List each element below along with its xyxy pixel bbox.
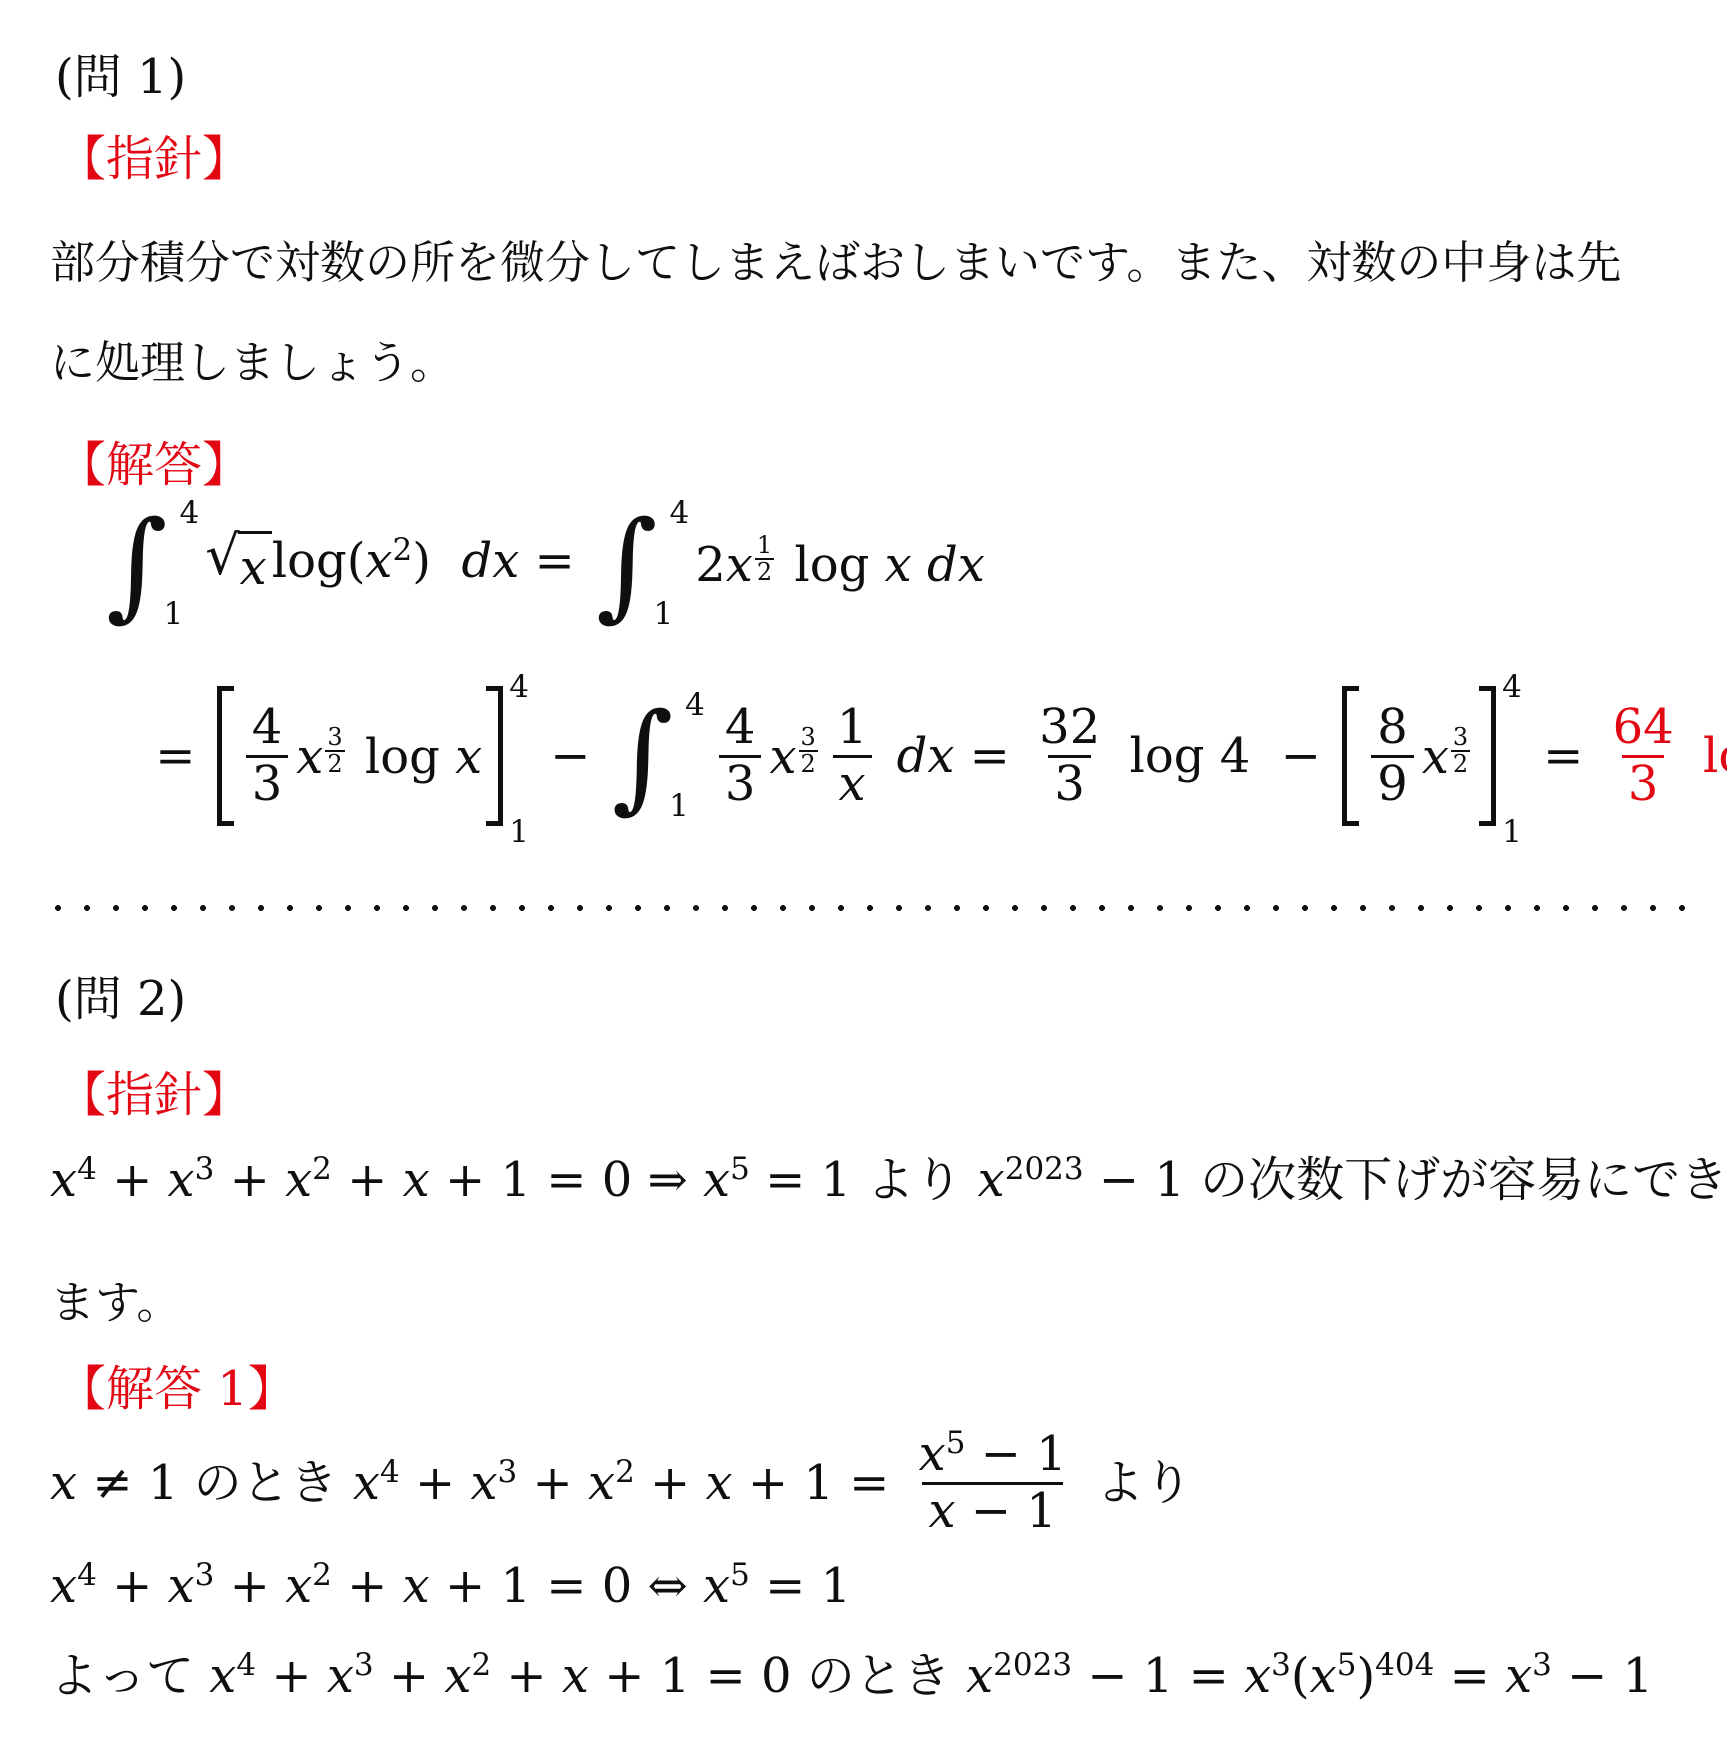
math-token: = [531,1152,602,1208]
problem1-guideline-line1: 部分積分で対数の所を微分してしまえばおしまいです。また、対数の中身は先 [50,226,1621,291]
math-token: − [1266,728,1337,784]
math-var: x [353,1455,380,1511]
math-token: + [733,1455,804,1511]
math-var: x [588,1455,615,1511]
math-token: − [1072,1648,1143,1704]
math-var: x [562,1648,589,1704]
math-var: x [50,1455,77,1511]
math-var: x [50,1558,77,1614]
math-token: ⇒ [632,1152,703,1208]
fraction: 89 [1371,701,1414,812]
math-exponent: 2 [393,532,413,568]
fraction-denominator: 3 [246,755,289,812]
math-exponent: 2 [615,1454,635,1490]
fraction-numerator: 32 [1033,701,1106,755]
exponent-fraction: 12 [755,533,774,585]
math-token: ( [1291,1648,1310,1704]
math-exponent: 5 [946,1425,966,1461]
math-token: + [214,1152,285,1208]
fraction-denominator: 3 [1622,755,1665,812]
integral-limits: 41 [163,498,199,630]
equation-line-1: ∫41 √xlog(x2) dx = ∫41 2x12 log x dx [100,498,985,630]
math-exponent: 2 [312,1151,332,1187]
upper-limit: 4 [509,672,529,703]
math-exponent: 404 [1375,1647,1434,1683]
math-var: x [296,729,323,785]
math-var: x [365,533,392,589]
math-exponent: 3 [1271,1647,1291,1683]
math-token: = [1173,1648,1244,1704]
math-token: 1 [821,1152,852,1208]
right-bracket-icon [486,686,503,826]
problem2-answer-line2: x4 + x3 + x2 + x + 1 = 0 ⇔ x5 = 1 [50,1556,851,1616]
problem1-guideline-heading: 【指針】 [58,120,250,189]
math-token: 1 [1026,1483,1057,1539]
math-var: x [168,1558,195,1614]
upper-limit: 4 [179,498,199,529]
integral-sign-group: ∫41 [612,690,705,822]
fraction-numerator: 64 [1607,701,1680,755]
math-token: log [779,537,885,593]
math-exponent: 4 [77,1151,97,1187]
integral-limits: 41 [654,498,690,630]
fraction-numerator: 3 [1453,725,1468,750]
left-bracket-icon [1342,686,1359,826]
math-token: dx [446,533,519,589]
radical-icon: √ [205,531,239,581]
math-token: − [1084,1152,1155,1208]
exponent-fraction: 32 [325,725,344,777]
math-token: log [350,729,456,785]
fraction-numerator: 4 [246,701,289,755]
right-bracket-icon [1479,686,1496,826]
math-token: + [332,1558,403,1614]
jp-text: の次数下げが容易にでき [1185,1152,1727,1208]
math-exponent: 2023 [993,1647,1072,1683]
math-exponent: 5 [730,1151,750,1187]
equation-line-2: = 43x32 log x41 − ∫41 43 x32 1x dx = 323… [140,686,1727,826]
math-exponent: 4 [77,1557,97,1593]
math-token: + [517,1455,588,1511]
math-run: 2x12 log x dx [695,533,985,595]
result-run: log 2 − [1688,726,1727,786]
exponent-fraction: 32 [799,725,818,777]
math-run: x4 + x3 + x2 + x + 1 = 0 ⇒ x5 = 1 より x20… [50,1150,1727,1210]
math-token: 1 [803,1455,834,1511]
problem2-label: (問 2) [55,960,186,1029]
math-var: x [444,1648,471,1704]
problem2-answer-heading: 【解答 1】 [58,1350,296,1419]
math-token: − [956,1483,1027,1539]
math-var: x [769,729,796,785]
jp-text: のとき [792,1648,967,1704]
lower-limit: 1 [163,599,199,630]
fraction-numerator: 3 [801,725,816,750]
math-var: x [703,1558,730,1614]
math-var: x [928,1483,955,1539]
bracket-group: 43x32 log x41 [217,686,529,826]
bracket-limits: 41 [509,672,529,848]
math-token: 1 [660,1648,691,1704]
math-token: + [491,1648,562,1704]
math-token: ) [1356,1648,1375,1704]
math-token: = [1434,1648,1505,1704]
math-var: x [703,1152,730,1208]
fraction-numerator: x5 − 1 [913,1428,1073,1482]
math-exponent: 5 [1337,1647,1357,1683]
math-run: x32 log x [296,725,482,787]
fraction-denominator: 2 [799,750,818,777]
math-token: ⇔ [632,1558,703,1614]
math-token: 1 [821,1558,852,1614]
math-run: x4 + x3 + x2 + x + 1 = 0 ⇔ x5 = 1 [50,1556,851,1616]
integral-sign-group: ∫41 [106,498,199,630]
math-token: = [750,1152,821,1208]
math-var: x [455,729,482,785]
exponent-fraction: 32 [1451,725,1470,777]
math-exponent: 5 [730,1557,750,1593]
math-token: = [690,1648,761,1704]
integral-limits: 41 [669,690,705,822]
math-var: x [403,1152,430,1208]
math-token: = [954,728,1025,784]
math-var: x [885,537,912,593]
fraction-numerator: 1 [757,533,772,558]
math-token: dx [881,728,954,784]
math-exponent: 4 [380,1454,400,1490]
math-exponent: 2 [471,1647,491,1683]
radicand: x [238,531,272,598]
problem2-answer-line1: x ≠ 1 のとき x4 + x3 + x2 + x + 1 = x5 − 1x… [50,1428,1192,1539]
sqrt-group: √x [205,531,272,598]
math-token: 1 [500,1152,531,1208]
math-token: + [97,1558,168,1614]
problem1-label: (問 1) [55,38,186,107]
fraction-denominator: 2 [755,558,774,585]
math-exponent: 2 [312,1557,332,1593]
math-token: + [430,1152,501,1208]
bracket-content: 89x32 [1359,686,1479,826]
math-token: 0 [602,1558,633,1614]
math-token: ≠ [77,1455,148,1511]
lower-limit: 1 [654,599,690,630]
upper-limit: 4 [1502,672,1522,703]
math-exponent: 3 [1532,1647,1552,1683]
fraction-denominator: 3 [719,755,762,812]
math-var: x [966,1648,993,1704]
math-run: x32 [769,725,822,787]
math-token: 1 [148,1455,179,1511]
result-fraction: 643 [1607,701,1680,812]
problem2-guideline-line: x4 + x3 + x2 + x + 1 = 0 ⇒ x5 = 1 より x20… [50,1150,1727,1210]
problem2-guideline-line2: ます。 [50,1266,181,1331]
math-exponent: 4 [236,1647,256,1683]
fraction-denominator: 2 [325,750,344,777]
fraction: 1x [831,701,874,812]
math-run: dx = [881,726,1025,786]
dotted-separator [55,905,1700,911]
fraction-denominator: x [833,755,872,812]
lower-limit: 1 [1502,817,1522,848]
math-token: = [531,1558,602,1614]
math-var: x [209,1648,236,1704]
math-token: = [1528,726,1599,786]
jp-text: より [851,1152,978,1208]
lower-limit: 1 [669,791,705,822]
integral-sign-group: ∫41 [596,498,689,630]
math-token: + [400,1455,471,1511]
math-var: x [839,756,866,812]
bracket-group: 89x3241 [1342,686,1522,826]
math-token: + [374,1648,445,1704]
math-run: よって x4 + x3 + x2 + x + 1 = 0 のとき x2023 −… [50,1646,1653,1706]
integral-icon: ∫ [106,514,167,614]
problem1-guideline-line2: に処理しましょう。 [50,326,455,391]
page: { "colors": {"background": "#ffffff", "t… [0,0,1727,1744]
math-token: 1 [1154,1152,1185,1208]
math-exponent: 3 [498,1454,518,1490]
fraction: x5 − 1x − 1 [913,1428,1073,1539]
math-var: x [285,1152,312,1208]
math-var: x [168,1152,195,1208]
fraction-denominator: 9 [1371,755,1414,812]
math-var: x [706,1455,733,1511]
lower-limit: 1 [509,817,529,848]
fraction-denominator: 2 [1451,750,1470,777]
math-token: 1 [1143,1648,1174,1704]
math-token: = [834,1455,905,1511]
jp-text: のとき [178,1455,353,1511]
fraction: 43 [246,701,289,812]
math-exponent: 3 [354,1647,374,1683]
math-exponent: 2023 [1005,1151,1084,1187]
math-var: x [50,1152,77,1208]
math-token: − [965,1426,1036,1482]
math-var: x [1505,1648,1532,1704]
fraction-denominator: x − 1 [922,1482,1062,1539]
upper-limit: 4 [685,690,705,721]
math-run: log 4 − [1114,726,1336,786]
jp-text: より [1081,1453,1192,1513]
math-token: = [519,533,590,589]
math-token: = [750,1558,821,1614]
fraction-numerator: 3 [327,725,342,750]
math-token: ) [412,533,446,589]
math-var: x [1244,1648,1271,1704]
math-token: = [140,726,211,786]
math-var: x [726,537,753,593]
fraction-denominator: 3 [1048,755,1091,812]
fraction-numerator: 4 [719,701,762,755]
math-token: + [332,1152,403,1208]
bracket-limits: 41 [1502,672,1522,848]
math-token: + [430,1558,501,1614]
math-var: x [240,540,267,596]
fraction-numerator: 8 [1371,701,1414,755]
math-token: 0 [602,1152,633,1208]
fraction: 323 [1033,701,1106,812]
upper-limit: 4 [670,498,690,529]
math-var: x [919,1426,946,1482]
math-token: + [214,1558,285,1614]
math-token: 2 [695,537,726,593]
jp-text: よって [50,1648,209,1704]
math-var: x [978,1152,1005,1208]
math-token: 1 [1623,1648,1654,1704]
math-run: x ≠ 1 のとき x4 + x3 + x2 + x + 1 = [50,1453,905,1513]
math-token: + [589,1648,660,1704]
left-bracket-icon [217,686,234,826]
math-token: log 2 [1688,728,1727,784]
math-token: 1 [1036,1426,1067,1482]
math-token: − [535,726,606,786]
math-token: + [635,1455,706,1511]
math-token: + [97,1152,168,1208]
math-exponent: 3 [195,1557,215,1593]
fraction: 43 [719,701,762,812]
math-var: x [1422,729,1449,785]
math-var: x [327,1648,354,1704]
math-var: x [470,1455,497,1511]
integral-icon: ∫ [612,706,673,806]
math-exponent: 3 [195,1151,215,1187]
problem2-guideline-heading: 【指針】 [58,1056,250,1125]
fraction-numerator: 1 [831,701,874,755]
math-token: 1 [500,1558,531,1614]
problem1-answer-heading: 【解答】 [58,426,250,495]
math-token: log 4 [1114,728,1265,784]
math-token: − [1552,1648,1623,1704]
integral-icon: ∫ [596,514,657,614]
math-run: x32 [1422,725,1475,787]
problem2-answer-line3: よって x4 + x3 + x2 + x + 1 = 0 のとき x2023 −… [50,1646,1653,1706]
math-token: dx [912,537,985,593]
math-var: x [1310,1648,1337,1704]
math-token: + [256,1648,327,1704]
bracket-content: 43x32 log x [234,686,486,826]
math-var: x [285,1558,312,1614]
math-token: 0 [761,1648,792,1704]
math-token: log( [272,533,366,589]
math-run: √xlog(x2) dx = [205,531,590,598]
math-var: x [403,1558,430,1614]
